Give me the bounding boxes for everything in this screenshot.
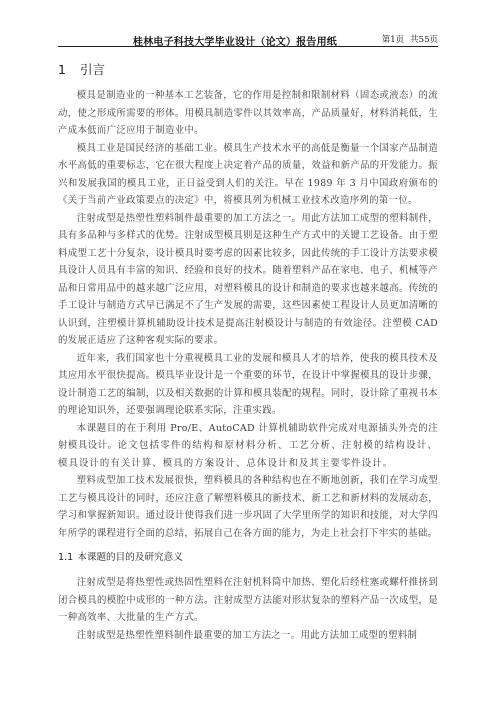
paragraph-purpose: 本课题目的在于利用 Pro/E、AutoCAD 计算机辅助软件完成对电源插头外壳… <box>58 420 438 473</box>
paragraph: 注射成型是将热塑性或热固性塑料在注射机料筒中加热、塑化后经柱塞或螺杆推挤到闭合模… <box>58 574 438 627</box>
subsection-heading-purpose-significance: 1.1本课题的目的及研究意义 <box>58 551 438 565</box>
paragraph: 注射成型是热塑性塑料制件最重要的加工方法之一。用此方法加工成型的塑料制件，具有多… <box>58 210 438 350</box>
paragraph: 塑料成型加工技术发展很快，塑料模具的各种结构也在不断地创新，我们在学习成型工艺与… <box>58 472 438 542</box>
page-total: 共55页 <box>410 35 438 45</box>
subsection-title: 本课题的目的及研究意义 <box>77 552 183 563</box>
subsection-number: 1.1 <box>58 552 73 563</box>
page-header: 桂林电子科技大学毕业设计（论文）报告用纸 第1页共55页 <box>58 34 438 47</box>
document-page: 桂林电子科技大学毕业设计（论文）报告用纸 第1页共55页 1引言 模具是制造业的… <box>0 0 496 702</box>
document-body: 1引言 模具是制造业的一种基本工艺装备，它的作用是控制和限制材料（固态或液态）的… <box>58 62 438 644</box>
page-counter: 第1页共55页 <box>376 33 438 45</box>
section-number: 1 <box>58 62 66 77</box>
paragraph: 近年来，我们国家也十分重视模具工业的发展和模具人才的培养，使我的模具技术及其应用… <box>58 350 438 420</box>
section-heading-introduction: 1引言 <box>58 62 438 78</box>
section-title: 引言 <box>80 62 105 77</box>
header-title: 桂林电子科技大学毕业设计（论文）报告用纸 <box>133 33 337 48</box>
paragraph: 注射成型是热塑性塑料制件最重要的加工方法之一。用此方法加工成型的塑料制 <box>58 627 438 645</box>
paragraph: 模具工业是国民经济的基础工业。模具生产技术水平的高低是衡量一个国家产品制造水平高… <box>58 140 438 210</box>
paragraph: 模具是制造业的一种基本工艺装备，它的作用是控制和限制材料（固态或液态）的流动，使… <box>58 87 438 140</box>
page-current: 第1页 <box>382 35 404 45</box>
